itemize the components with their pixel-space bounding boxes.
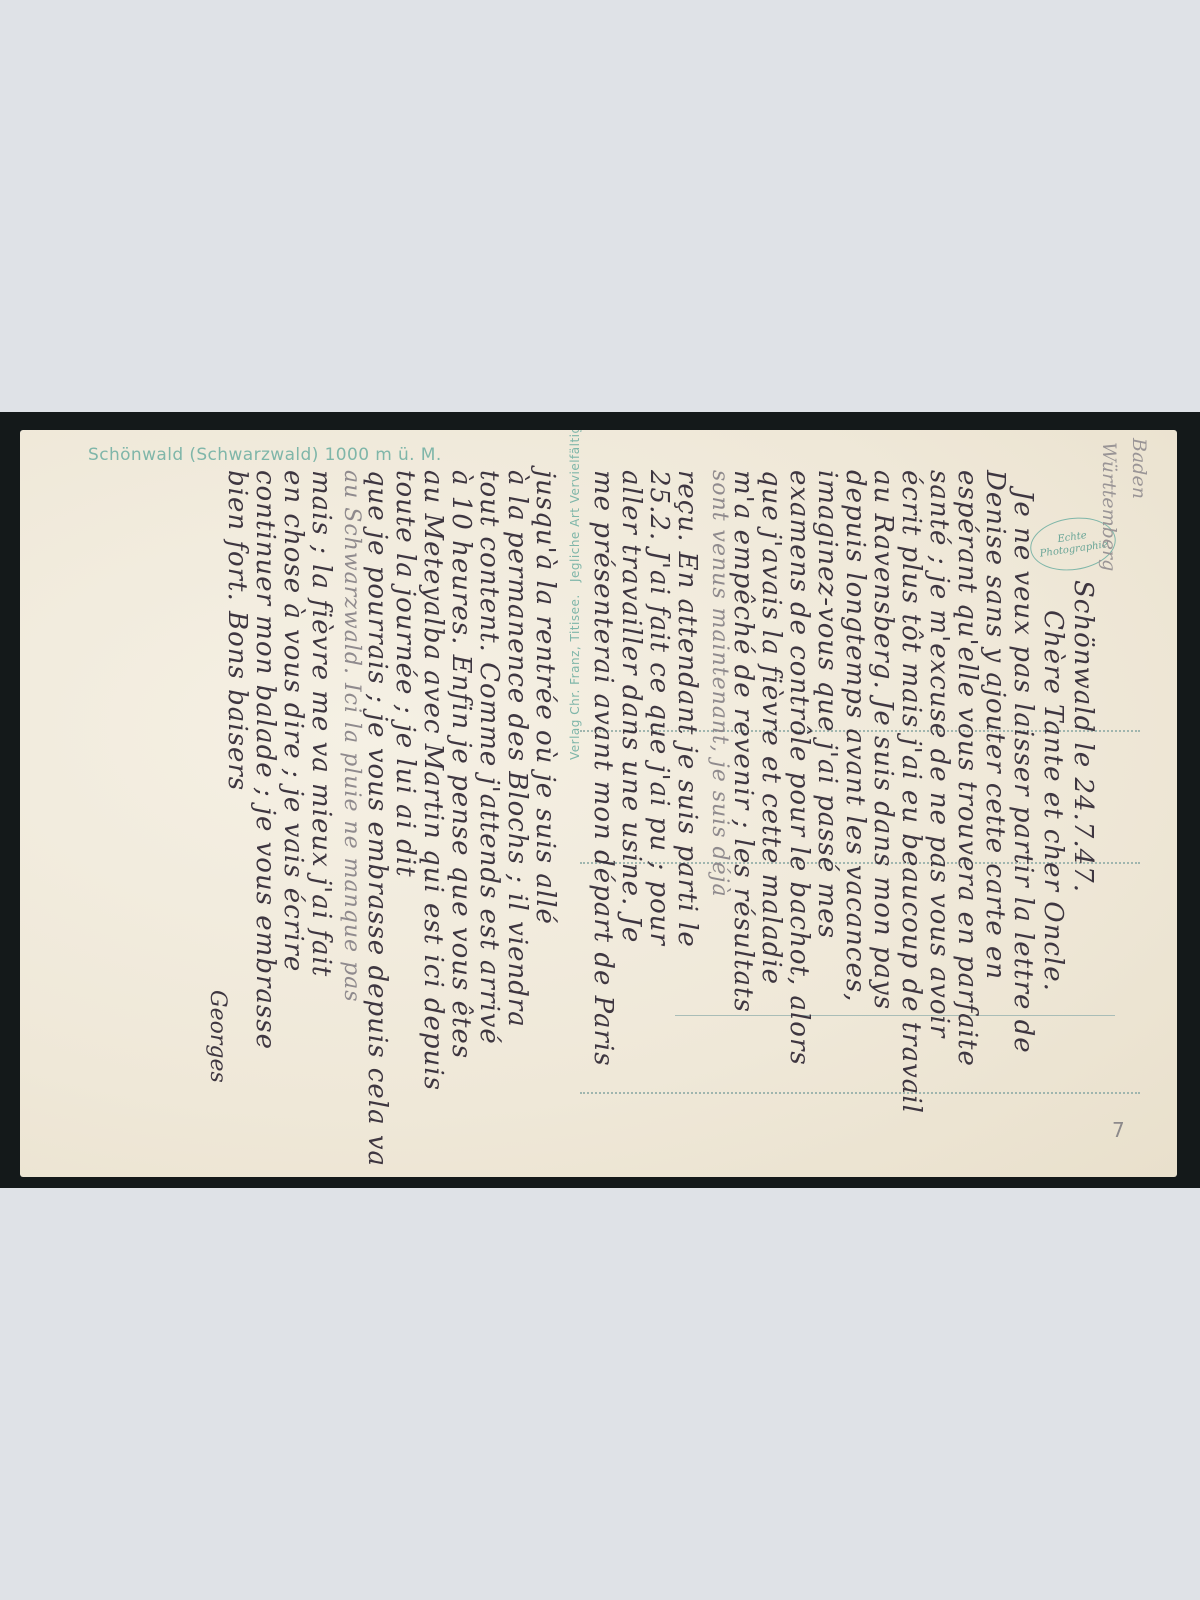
message-line: que je pourrais ; je vous embrasse depui… bbox=[362, 470, 392, 1167]
handwritten-message: Schönwald le 24.7.47. Chère Tante et che… bbox=[20, 430, 1177, 1177]
message-line: bien fort. Bons baisers bbox=[222, 470, 252, 791]
message-line: me présenterai avant mon départ de Paris bbox=[588, 470, 618, 1067]
message-line: sont venus maintenant, je suis déjà bbox=[707, 470, 732, 898]
message-line: espérant qu'elle vous trouvera en parfai… bbox=[952, 470, 982, 1067]
message-line: continuer mon balade ; je vous embrasse bbox=[250, 470, 280, 1050]
message-line: à la permanence des Blochs ; il viendra bbox=[502, 470, 532, 1028]
message-line: depuis longtemps avant les vacances, bbox=[840, 470, 870, 1002]
message-line: au Schwarzwald. Ici la pluie ne manque p… bbox=[339, 470, 364, 1003]
message-greeting: Chère Tante et cher Oncle. bbox=[1038, 610, 1068, 992]
message-line: mais ; la fièvre me va mieux j'ai fait bbox=[306, 470, 336, 977]
message-line: en chose à vous dire ; je vais écrire bbox=[278, 470, 308, 972]
message-line: au Meteyalba avec Martin qui est ici dep… bbox=[418, 470, 448, 1091]
message-header-date: Schönwald le 24.7.47. bbox=[1068, 580, 1098, 893]
message-line: écrit plus tôt mais j'ai eu beaucoup de … bbox=[896, 470, 926, 1114]
message-line: au Ravensberg. Je suis dans mon pays bbox=[868, 470, 898, 1010]
message-line: Je ne veux pas laisser partir la lettre … bbox=[1008, 490, 1038, 1054]
message-line: imaginez-vous que j'ai passé mes bbox=[812, 470, 842, 939]
message-line: m'a empêché de revenir ; les résultats bbox=[728, 470, 758, 1013]
message-line: à 10 heures. Enfin je pense que vous ête… bbox=[446, 470, 476, 1059]
message-line: examens de contrôle pour le bachot, alor… bbox=[784, 470, 814, 1066]
message-line: jusqu'à la rentrée où je suis allé bbox=[530, 470, 560, 925]
message-line: que j'avais la fièvre et cette maladie bbox=[756, 470, 786, 985]
message-line: Denise sans y ajouter cette carte en bbox=[980, 470, 1010, 980]
message-line: 25.2. J'ai fait ce que j'ai pu ; pour bbox=[644, 470, 674, 946]
message-line: aller travailler dans une usine. Je bbox=[616, 470, 646, 943]
message-line: reçu. En attendant je suis parti le bbox=[672, 470, 702, 948]
message-line: santé ; je m'excuse de ne pas vous avoir bbox=[924, 470, 954, 1038]
message-line: toute la journée ; je lui ai dit bbox=[390, 470, 420, 878]
signature: Georges bbox=[205, 990, 230, 1083]
postcard-back: Schönwald (Schwarzwald) 1000 m ü. M. Ver… bbox=[20, 430, 1177, 1177]
message-line: tout content. Comme j'attends est arrivé bbox=[474, 470, 504, 1045]
